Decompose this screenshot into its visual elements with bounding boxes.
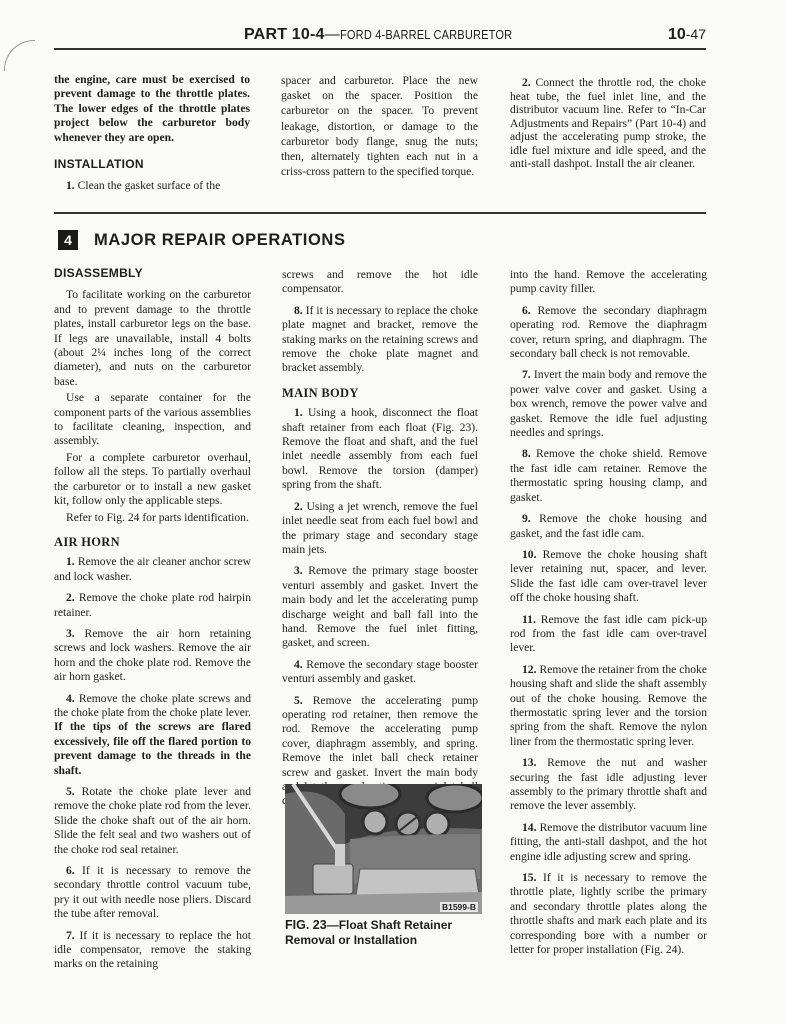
page-number: 10-47: [668, 26, 706, 44]
main-body-step: 11. Remove the fast idle cam pick-up rod…: [510, 613, 707, 656]
figure-label: FIG. 23: [285, 918, 327, 932]
top-column-1: the engine, care must be exercised to pr…: [54, 73, 250, 201]
main-body-step: 10. Remove the choke housing shaft lever…: [510, 548, 707, 606]
main-body-step: 7. Invert the main body and remove the p…: [510, 368, 707, 440]
main-body-step: 13. Remove the nut and washer securing t…: [510, 756, 707, 814]
part-title: FORD 4-BARREL CARBURETOR: [340, 27, 512, 42]
page-num: -47: [686, 26, 706, 42]
warning-text: If the tips of the screws are flared exc…: [54, 720, 251, 776]
header-rule: [54, 48, 706, 50]
column-1: DISASSEMBLY To facilitate working on the…: [54, 266, 251, 979]
top-column-2: spacer and carburetor. Place the new gas…: [281, 73, 478, 186]
section-rule: [54, 212, 706, 214]
main-body-step: 4. Remove the secondary stage booster ve…: [282, 658, 478, 687]
figure-23-caption: FIG. 23—Float Shaft Retainer Removal or …: [285, 918, 485, 948]
paragraph-cont: screws and remove the hot idle compensat…: [282, 268, 478, 297]
figure-code: B1599-B: [440, 902, 478, 912]
header-dash: —: [325, 26, 340, 43]
install-step-2: 2. Connect the throttle rod, the choke h…: [510, 76, 706, 171]
main-body-step: 6. Remove the secondary diaphragm operat…: [510, 304, 707, 362]
main-body-heading: MAIN BODY: [282, 386, 478, 400]
page-corner-mark: [4, 40, 35, 71]
air-horn-step: 6. If it is necessary to remove the seco…: [54, 864, 251, 922]
caution-text: the engine, care must be exercised to pr…: [54, 73, 250, 145]
column-2: screws and remove the hot idle compensat…: [282, 268, 478, 816]
main-body-step: 2. Using a jet wrench, remove the fuel i…: [282, 500, 478, 558]
paragraph: To facilitate working on the carburetor …: [54, 288, 251, 389]
install-step-1-cont: spacer and carburetor. Place the new gas…: [281, 73, 478, 179]
air-horn-step: 5. Rotate the choke plate lever and remo…: [54, 785, 251, 857]
main-body-step: 8. Remove the choke shield. Remove the f…: [510, 447, 707, 505]
air-horn-step: 1. Remove the air cleaner anchor screw a…: [54, 555, 251, 584]
air-horn-heading: AIR HORN: [54, 535, 251, 549]
main-body-step: 12. Remove the retainer from the choke h…: [510, 663, 707, 749]
top-column-3: 2. Connect the throttle rod, the choke h…: [510, 76, 706, 178]
part-label: PART 10-4: [244, 26, 325, 43]
paragraph: For a complete carburetor overhaul, foll…: [54, 451, 251, 509]
page-section: 10: [668, 26, 686, 43]
section-title: MAJOR REPAIR OPERATIONS: [94, 231, 346, 250]
installation-heading: INSTALLATION: [54, 157, 250, 171]
section-heading: 4 MAJOR REPAIR OPERATIONS: [58, 230, 346, 250]
running-header: PART 10-4—FORD 4-BARREL CARBURETOR 10-47: [54, 26, 706, 48]
air-horn-step: 2. Remove the choke plate rod hairpin re…: [54, 591, 251, 620]
air-horn-step: 3. Remove the air horn retaining screws …: [54, 627, 251, 685]
figure-23-photo: B1599-B: [285, 784, 482, 914]
air-horn-step: 8. If it is necessary to replace the cho…: [282, 304, 478, 376]
paragraph: Refer to Fig. 24 for parts identificatio…: [54, 511, 251, 525]
main-body-step: 1. Using a hook, disconnect the float sh…: [282, 406, 478, 492]
air-horn-step: 7. If it is necessary to replace the hot…: [54, 929, 251, 972]
main-body-step: 15. If it is necessary to remove the thr…: [510, 871, 707, 957]
main-body-step: 14. Remove the distributor vacuum line f…: [510, 821, 707, 864]
column-3: into the hand. Remove the accelerating p…: [510, 268, 707, 964]
paragraph-cont: into the hand. Remove the accelerating p…: [510, 268, 707, 297]
main-body-step: 3. Remove the primary stage booster vent…: [282, 564, 478, 650]
main-body-step: 9. Remove the choke housing and gasket, …: [510, 512, 707, 541]
carburetor-photo-illustration: [285, 784, 482, 914]
air-horn-step: 4. Remove the choke plate screws and the…: [54, 692, 251, 778]
disassembly-heading: DISASSEMBLY: [54, 266, 251, 280]
paragraph: Use a separate container for the compone…: [54, 391, 251, 449]
section-number-badge: 4: [58, 230, 78, 250]
header-title: PART 10-4—FORD 4-BARREL CARBURETOR: [244, 26, 543, 44]
install-step-1: 1. Clean the gasket surface of the: [54, 179, 250, 193]
